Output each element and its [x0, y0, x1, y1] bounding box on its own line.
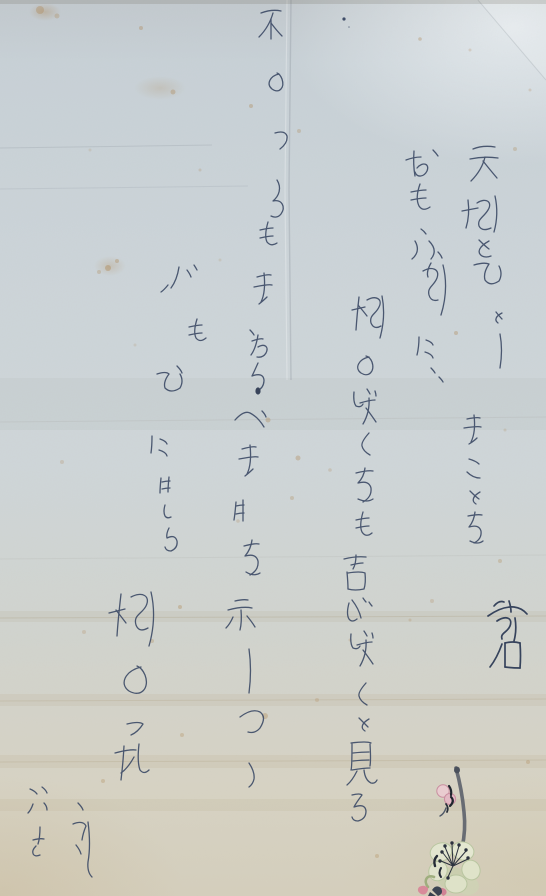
branch-knot: [454, 767, 460, 774]
artwork-canvas: 天地とひとしきことを おもふ身に 梅の咲くをも吾が咲く: [0, 0, 546, 896]
scroll-photograph: 天地とひとしきことを おもふ身に 梅の咲くをも吾が咲く: [0, 0, 546, 896]
